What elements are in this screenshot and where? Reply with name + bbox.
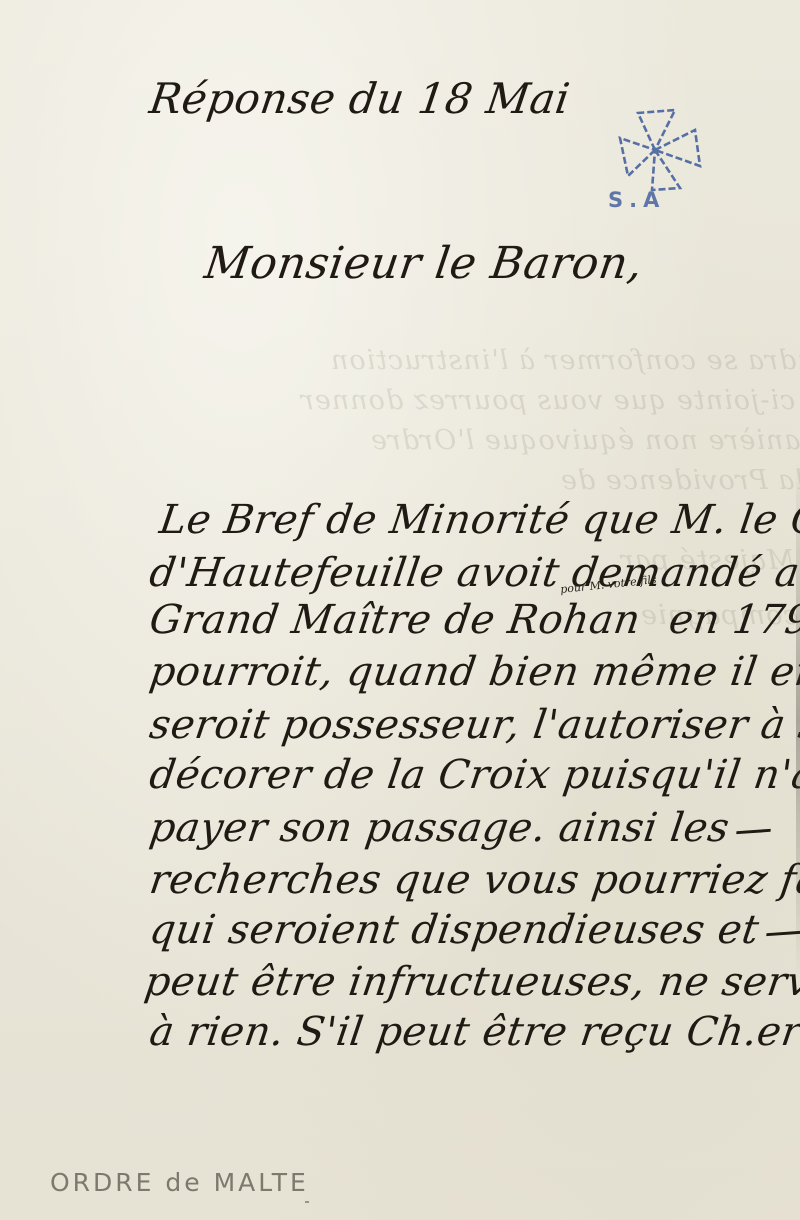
line-filler-dash — [766, 930, 800, 935]
body-line: pourroit, quand bien même il en — [147, 652, 800, 692]
body-line-text: Grand Maître de Rohan — [147, 597, 644, 643]
bleed-through-text: manière non équivoque l'Ordre — [370, 425, 800, 456]
letter-page: il faudra se conformer à l'instruction c… — [0, 0, 800, 1220]
dateline: Réponse du 18 Mai — [147, 78, 572, 120]
line-filler-dash — [736, 828, 770, 833]
body-line: décorer de la Croix puisqu'il n'a pu — [147, 755, 800, 795]
body-line-text: payer son passage. ainsi les — [147, 805, 733, 851]
pencil-archival-note: ORDRE de MALTE — [50, 1168, 309, 1197]
body-line-text: qui seroient dispendieuses et — [147, 907, 762, 953]
body-line: d'Hautefeuille avoit demandé au — [147, 553, 800, 593]
page-edge-shadow — [796, 460, 800, 980]
bleed-through-text: de la Providence de — [560, 465, 800, 496]
body-line: Grand Maître de Rohan en 1795. ne — [147, 600, 800, 640]
body-line-text: pourroit, quand bien même il en — [147, 649, 800, 695]
body-line: recherches que vous pourriez faire — [147, 860, 800, 900]
salutation: Monsieur le Baron, — [202, 242, 646, 286]
body-line: à rien. S'il peut être reçu Ch.er — [147, 1012, 800, 1052]
bleed-through-text: ci-jointe que vous pourrez donner — [300, 385, 795, 416]
body-line-tail: en 1795. ne — [666, 597, 800, 643]
body-line: seroit possesseur, l'autoriser à se — [147, 705, 800, 745]
bleed-through-text: il faudra se conformer à l'instruction — [330, 345, 800, 376]
body-line: peut être infructueuses, ne serviroient — [142, 962, 800, 1002]
body-line: Le Bref de Minorité que M. le Command. — [157, 500, 800, 540]
body-line: payer son passage. ainsi les — [147, 808, 774, 848]
stamp-label: S.A — [608, 188, 665, 212]
body-line: qui seroient dispendieuses et — [147, 910, 800, 950]
